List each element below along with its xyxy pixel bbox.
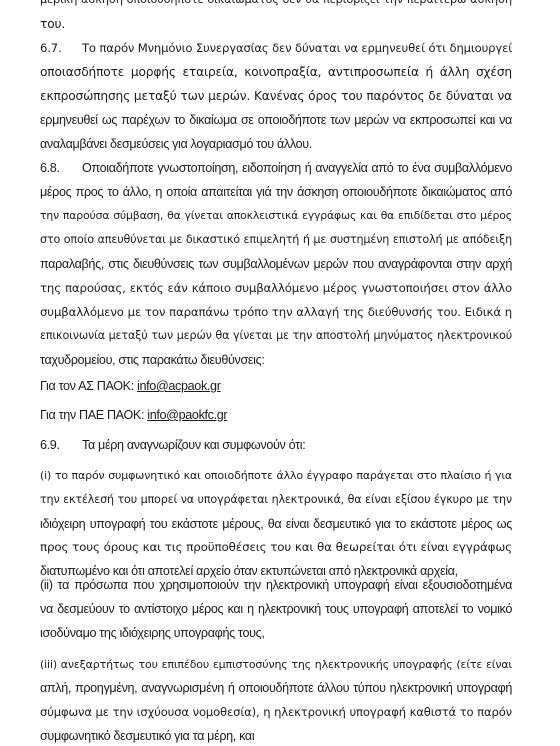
text-line: σύμφωνα με την ισχύουσα νομοθεσία), η ηλ… xyxy=(40,704,512,720)
text-line: αναλαμβάνει δεσμεύσεις για λογαριασμό το… xyxy=(40,136,512,152)
text-line: εκπροσώπησης μεταξύ των μερών. Κανένας ό… xyxy=(40,88,512,104)
section-6-7-first-line: 6.7.Το παρόν Μνημόνιο Συνεργασίας δεν δύ… xyxy=(40,40,512,56)
text: Οποιαδήποτε γνωστοποίηση, ειδοποίηση ή α… xyxy=(82,161,512,175)
contact-label: Για τον ΑΣ ΠΑΟΚ: xyxy=(40,379,137,393)
contact-paokfc: Για την ΠΑΕ ΠΑΟΚ: info@paokfc.gr xyxy=(40,407,512,423)
text-line: μέρος προς το άλλο, η οποία απαιτείται γ… xyxy=(40,184,512,200)
text-line: να δεσμεύουν το αντίστοιχο μέρος και η η… xyxy=(40,601,512,617)
section-6-8-first-line: 6.8.Οποιαδήποτε γνωστοποίηση, ειδοποίηση… xyxy=(40,160,512,176)
text-line: της παρούσας, εκτός εάν κάποιο συμβαλλόμ… xyxy=(40,280,512,296)
text-line: (ii) τα πρόσωπα που χρησιμοποιούν την ηλ… xyxy=(40,577,512,593)
text: Το παρόν Μνημόνιο Συνεργασίας δεν δύνατα… xyxy=(82,41,512,55)
text-line: συμβαλλόμενο με τον παραπάνω τρόπο την α… xyxy=(40,304,512,320)
section-number: 6.8. xyxy=(40,160,82,176)
email-link-acpaok[interactable]: info@acpaok.gr xyxy=(137,379,221,393)
text-line: στο οποίο απευθύνεται με δικαστικό επιμε… xyxy=(40,232,512,248)
text-line: ιδιόχειρη υπογραφή του εκάστοτε μέρους, … xyxy=(40,516,512,532)
text-line: μερική άσκηση οποιουδήποτε δικαιώματος δ… xyxy=(40,0,512,8)
text-line: ισοδύναμο της ιδιόχειρης υπογραφής τους, xyxy=(40,625,512,641)
text-line: την παρούσα σύμβαση, θα γίνεται αποκλεισ… xyxy=(40,208,512,224)
text-line: (i) το παρόν συμφωνητικό και οποιοδήποτε… xyxy=(40,468,512,484)
text-line: παραλαβής, στις διευθύνσεις των συμβαλλο… xyxy=(40,256,512,272)
text-line: απλή, προηγμένη, αναγνωρισμένη ή οποιουδ… xyxy=(40,680,512,696)
email-link-paokfc[interactable]: info@paokfc.gr xyxy=(147,408,227,422)
contact-acpaok: Για τον ΑΣ ΠΑΟΚ: info@acpaok.gr xyxy=(40,378,512,394)
text-line: ερμηνευθεί ως παρέχων το δικαίωμα σε οπο… xyxy=(40,112,512,128)
text: Τα μέρη αναγνωρίζουν και συμφωνούν ότι: xyxy=(82,438,305,452)
text-line: του. xyxy=(40,16,512,32)
section-6-9-heading: 6.9.Τα μέρη αναγνωρίζουν και συμφωνούν ό… xyxy=(40,437,512,453)
contact-label: Για την ΠΑΕ ΠΑΟΚ: xyxy=(40,408,147,422)
section-number: 6.7. xyxy=(40,40,82,56)
text-line: επικοινωνία μεταξύ των μερών θα γίνεται … xyxy=(40,328,512,344)
text-line: (iii) ανεξαρτήτως του επιπέδου εμπιστοσύ… xyxy=(40,657,512,673)
text-line: προς τους όρους και τις προϋποθέσεις του… xyxy=(40,539,512,555)
text-line: συμφωνητικό δεσμευτικό για τα μέρη, και xyxy=(40,728,512,744)
section-number: 6.9. xyxy=(40,437,82,453)
text-line: οποιασδήποτε μορφής εταιρεία, κοινοπραξί… xyxy=(40,64,512,80)
text-line: την εκτέλεσή του μπορεί να υπογράφεται η… xyxy=(40,492,512,508)
text-line: ταχυδρομείου, στις παρακάτω διευθύνσεις: xyxy=(40,352,512,368)
